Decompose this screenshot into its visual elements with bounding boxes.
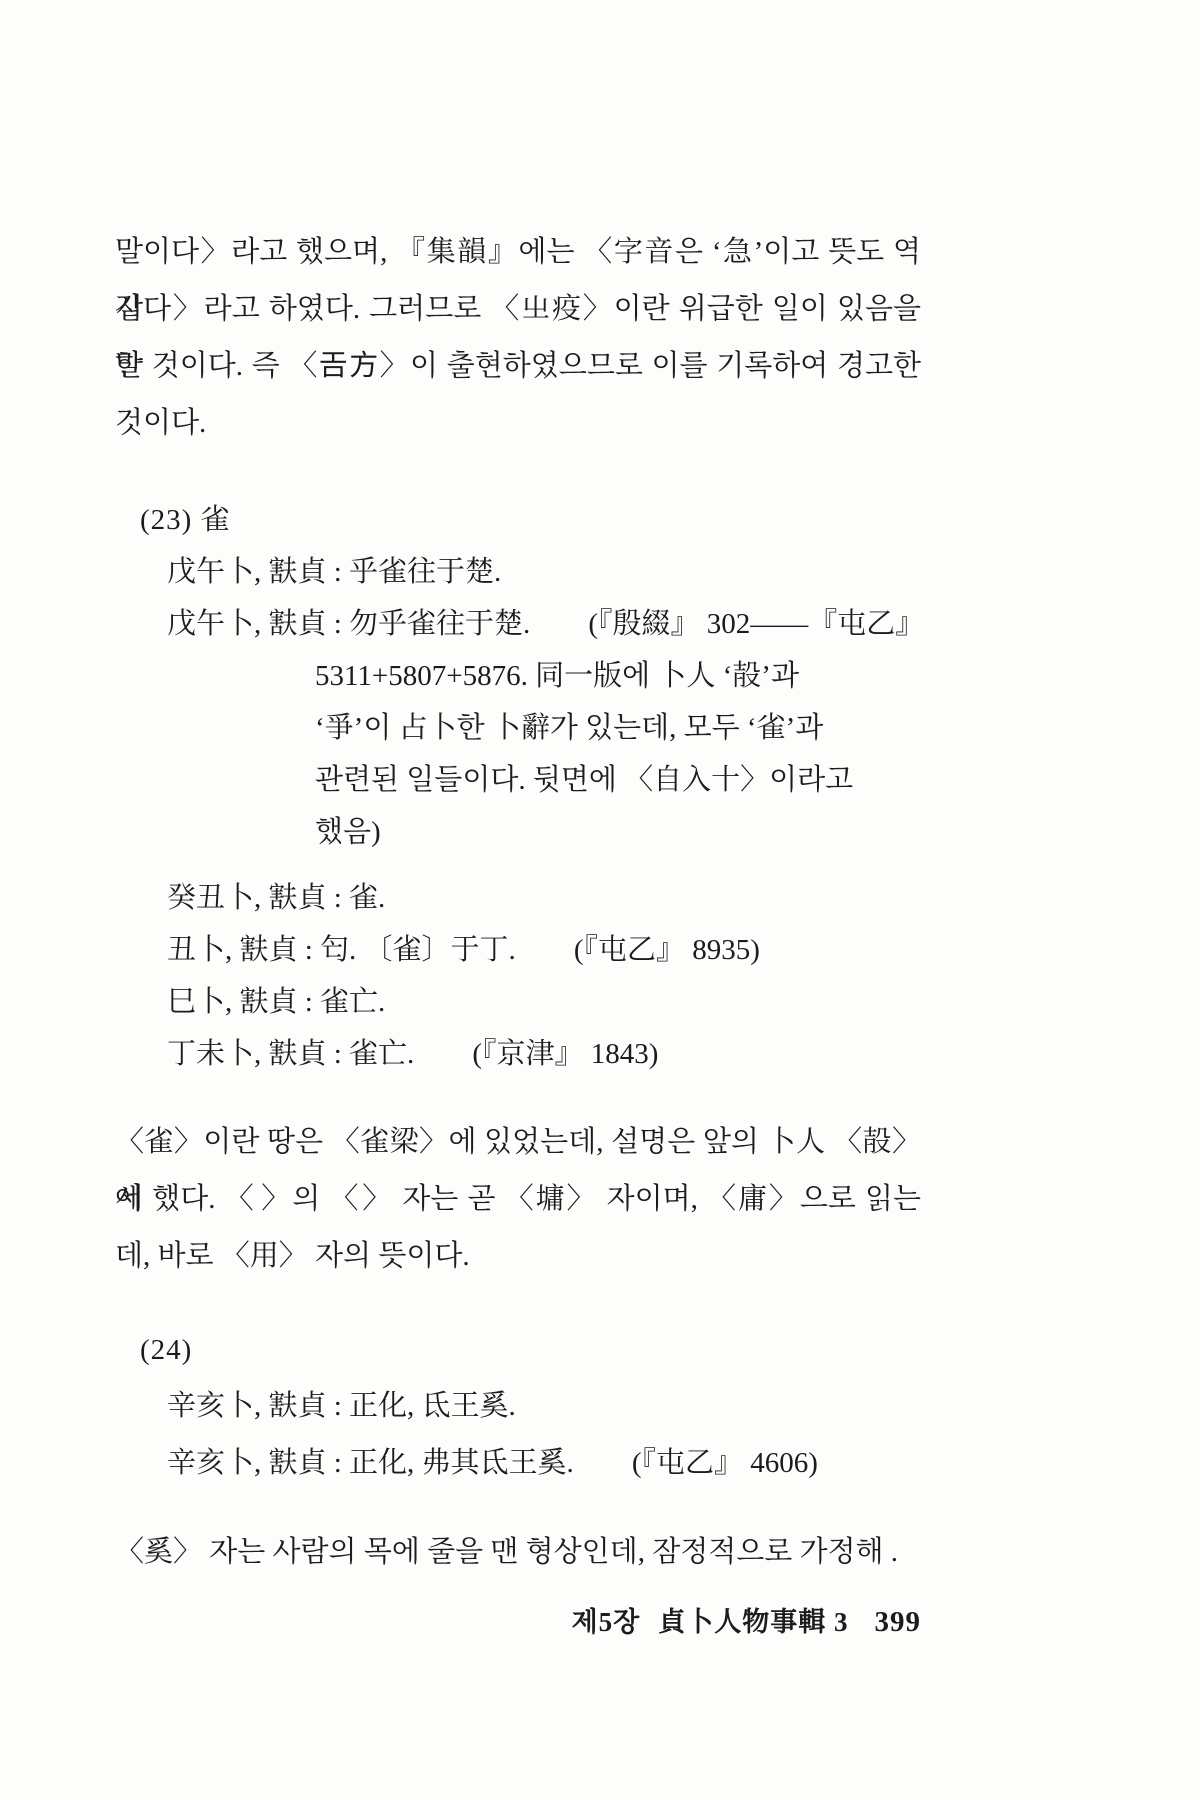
- inscription-text: 丁未卜, 㝬貞 : 雀亡𡆥.: [115, 1028, 414, 1080]
- inscription-note-line: ‘爭’이 占卜한 卜辭가 있는데, 모두 ‘雀’과: [115, 702, 921, 754]
- section-24-heading: (24) 𦣹: [140, 1330, 202, 1370]
- chapter-title: 貞卜人物事輯 3: [658, 1600, 848, 1639]
- inscription-note-line: 5311+5807+5876. 同一版에 卜人 ‘㱿’과: [115, 650, 921, 702]
- page-number: 399: [875, 1606, 922, 1639]
- paragraph-line: 데, 바로 〈用〉 자의 뜻이다.: [115, 1228, 921, 1285]
- paragraph-line: 〈雀〉이란 땅은 〈雀梁〉에 있었는데, 설명은 앞의 卜人 〈㱿〉에: [115, 1114, 921, 1171]
- source-reference: (『京津』 1843): [472, 1028, 658, 1080]
- inscription-text: 戊午卜, 㝬貞 : 乎雀往于楚.: [115, 546, 501, 598]
- paragraph-3: 〈奚〉 자는 사람의 목에 줄을 맨 형상인데, 잠정적으로 가정해 .: [115, 1524, 921, 1581]
- inscription-text: 辛亥卜, 㝬貞 : 𦣹正化, 弗其氐王奚.: [115, 1435, 574, 1492]
- section-24-inscriptions: 辛亥卜, 㝬貞 : 𦣹正化, 氐王奚. 辛亥卜, 㝬貞 : 𦣹正化, 弗其氐王奚…: [115, 1378, 921, 1492]
- paragraph-line: 것이다.: [115, 395, 921, 452]
- source-reference: (『屯乙』 4606): [632, 1435, 818, 1492]
- paragraph-line: 같다〉라고 하였다. 그러므로 〈㞢疫〉이란 위급한 일이 있음을 말: [115, 281, 921, 338]
- section-23-heading: (23) 雀: [140, 500, 231, 540]
- inscription-line: ⧄丑卜, 㝬貞 : 匄. 〔雀〕𩫖于丁. (『屯乙』 8935): [115, 924, 921, 976]
- section-23-inscriptions: 戊午卜, 㝬貞 : 乎雀往于楚. 戊午卜, 㝬貞 : 勿乎雀往于楚. (『殷綴』…: [115, 546, 921, 1080]
- inscription-line: 癸丑卜, 㝬貞 : ⧄雀𩫖.: [115, 872, 921, 924]
- inscription-note-line: 했음): [115, 806, 921, 858]
- chapter-label: 제5장: [572, 1600, 641, 1639]
- inscription-line: 丁未卜, 㝬貞 : 雀亡𡆥. (『京津』 1843): [115, 1028, 921, 1080]
- paragraph-line: 서 했다. 〈𩫖于丁〉의 〈𩫖〉 자는 곧 〈墉〉 자이며, 〈庸〉으로 읽는: [115, 1171, 921, 1228]
- note-text: 관련된 일들이다. 뒷면에 〈自入十〉이라고: [115, 754, 853, 806]
- inscription-text: ⧄丑卜, 㝬貞 : 匄. 〔雀〕𩫖于丁.: [115, 924, 516, 976]
- inscription-line: 辛亥卜, 㝬貞 : 𦣹正化, 弗其氐王奚. (『屯乙』 4606): [115, 1435, 921, 1492]
- note-text: ‘爭’이 占卜한 卜辭가 있는데, 모두 ‘雀’과: [115, 702, 823, 754]
- paragraph-line: 〈奚〉 자는 사람의 목에 줄을 맨 형상인데, 잠정적으로 가정해 .: [115, 1524, 921, 1581]
- inscription-line: 戊午卜, 㝬貞 : 勿乎雀往于楚. (『殷綴』 302——『屯乙』: [115, 598, 921, 650]
- inscription-line: 戊午卜, 㝬貞 : 乎雀往于楚.: [115, 546, 921, 598]
- inscription-text: ⧄巳卜, 㝬貞 : 雀亡𡆥.: [115, 976, 385, 1028]
- source-reference: (『屯乙』 8935): [574, 924, 760, 976]
- page-footer: 제5장 貞卜人物事輯 3 399: [115, 1600, 921, 1639]
- note-text: 했음): [115, 806, 381, 858]
- source-reference: (『殷綴』 302——『屯乙』: [588, 598, 924, 650]
- paragraph-2: 〈雀〉이란 땅은 〈雀梁〉에 있었는데, 설명은 앞의 卜人 〈㱿〉에 서 했다…: [115, 1114, 921, 1285]
- paragraph-1: 말이다〉라고 했으며, 『集韻』에는 〈字音은 ‘急’이고 뜻도 역시 같다〉라…: [115, 224, 921, 452]
- inscription-line: ⧄巳卜, 㝬貞 : 雀亡𡆥.: [115, 976, 921, 1028]
- paragraph-line: 한 것이다. 즉 〈𢀛方〉이 출현하였으므로 이를 기록하여 경고한: [115, 338, 921, 395]
- inscription-note-line: 관련된 일들이다. 뒷면에 〈自入十〉이라고: [115, 754, 921, 806]
- note-text: 5311+5807+5876. 同一版에 卜人 ‘㱿’과: [115, 650, 799, 702]
- inscription-text: 戊午卜, 㝬貞 : 勿乎雀往于楚.: [115, 598, 530, 650]
- inscription-text: 辛亥卜, 㝬貞 : 𦣹正化, 氐王奚.: [115, 1378, 516, 1435]
- inscription-text: 癸丑卜, 㝬貞 : ⧄雀𩫖.: [115, 872, 385, 924]
- paragraph-line: 말이다〉라고 했으며, 『集韻』에는 〈字音은 ‘急’이고 뜻도 역시: [115, 224, 921, 281]
- inscription-line: 辛亥卜, 㝬貞 : 𦣹正化, 氐王奚.: [115, 1378, 921, 1435]
- scanned-book-page: 말이다〉라고 했으며, 『集韻』에는 〈字音은 ‘急’이고 뜻도 역시 같다〉라…: [0, 0, 1200, 1800]
